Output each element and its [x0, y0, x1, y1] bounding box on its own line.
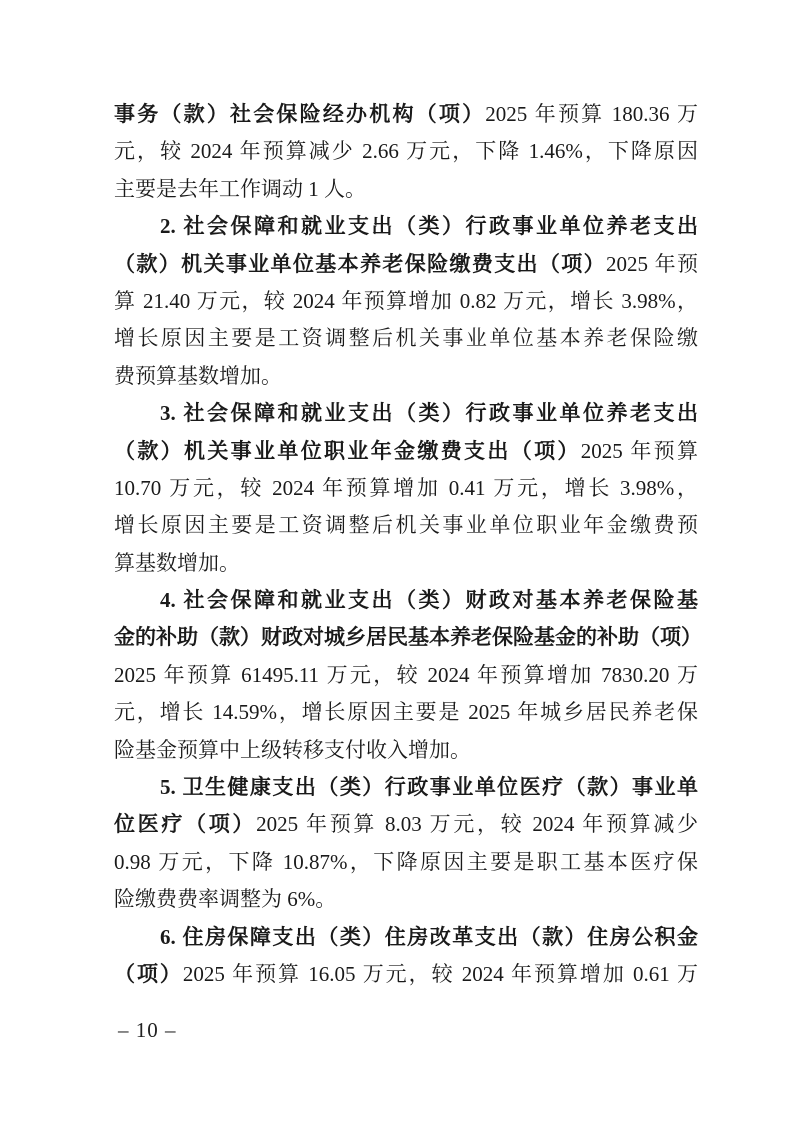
heading-segment: 6. 住房保障支出（类）住房改革支出（款）住房公积金 [160, 925, 698, 949]
text-line: （项）2025 年预算 16.05 万元，较 2024 年预算增加 0.61 万 [114, 956, 698, 993]
body-segment: 2025 年预 [606, 252, 698, 276]
body-segment: 2025 年预算 61495.11 万元，较 2024 年预算增加 7830.2… [114, 663, 698, 687]
body-segment: 算基数增加。 [114, 551, 240, 575]
heading-segment: （款）机关事业单位基本养老保险缴费支出（项） [114, 252, 606, 276]
text-line: 2. 社会保障和就业支出（类）行政事业单位养老支出 [114, 208, 698, 245]
body-segment: 10.70 万元，较 2024 年预算增加 0.41 万元，增长 3.98%， [114, 476, 698, 500]
text-line: 事务（款）社会保险经办机构（项）2025 年预算 180.36 万 [114, 96, 698, 133]
body-segment: 费预算基数增加。 [114, 364, 282, 388]
text-line: 0.98 万元，下降 10.87%，下降原因主要是职工基本医疗保 [114, 844, 698, 881]
body-segment: 2025 年预算 180.36 万 [485, 102, 698, 126]
body-segment: 主要是去年工作调动 1 人。 [114, 177, 366, 201]
heading-segment: 4. 社会保障和就业支出（类）财政对基本养老保险基 [160, 588, 698, 612]
text-line: 6. 住房保障支出（类）住房改革支出（款）住房公积金 [114, 919, 698, 956]
heading-segment: 3. 社会保障和就业支出（类）行政事业单位养老支出 [160, 401, 698, 425]
paragraph-1-continuation: 事务（款）社会保险经办机构（项）2025 年预算 180.36 万元，较 202… [114, 96, 698, 208]
text-line: 险基金预算中上级转移支付收入增加。 [114, 732, 698, 769]
text-line: 增长原因主要是工资调整后机关事业单位基本养老保险缴 [114, 320, 698, 357]
body-segment: 算 21.40 万元，较 2024 年预算增加 0.82 万元，增长 3.98%… [114, 289, 698, 313]
text-line: 5. 卫生健康支出（类）行政事业单位医疗（款）事业单 [114, 769, 698, 806]
heading-segment: 金的补助（款）财政对城乡居民基本养老保险基金的补助（项） [114, 625, 698, 649]
body-segment: 2025 年预算 8.03 万元，较 2024 年预算减少 [256, 812, 698, 836]
body-segment: 增长原因主要是工资调整后机关事业单位基本养老保险缴 [114, 326, 698, 350]
text-line: 3. 社会保障和就业支出（类）行政事业单位养老支出 [114, 395, 698, 432]
body-segment: 元，增长 14.59%，增长原因主要是 2025 年城乡居民养老保 [114, 700, 698, 724]
text-line: 主要是去年工作调动 1 人。 [114, 171, 698, 208]
text-line: 算 21.40 万元，较 2024 年预算增加 0.82 万元，增长 3.98%… [114, 283, 698, 320]
text-line: （款）机关事业单位职业年金缴费支出（项）2025 年预算 [114, 433, 698, 470]
body-segment: 元，较 2024 年预算减少 2.66 万元，下降 1.46%，下降原因 [114, 139, 698, 163]
text-line: 险缴费费率调整为 6%。 [114, 881, 698, 918]
body-segment: 增长原因主要是工资调整后机关事业单位职业年金缴费预 [114, 513, 698, 537]
text-line: 增长原因主要是工资调整后机关事业单位职业年金缴费预 [114, 507, 698, 544]
text-line: 10.70 万元，较 2024 年预算增加 0.41 万元，增长 3.98%， [114, 470, 698, 507]
heading-segment: 5. 卫生健康支出（类）行政事业单位医疗（款）事业单 [160, 775, 698, 799]
body-segment: 2025 年预算 [581, 439, 698, 463]
page-number: – 10 – [118, 1018, 177, 1042]
document-page: { "colors": { "background": "#ffffff", "… [0, 0, 794, 1122]
text-line: 算基数增加。 [114, 545, 698, 582]
heading-segment: 2. 社会保障和就业支出（类）行政事业单位养老支出 [160, 214, 698, 238]
body-segment: 险缴费费率调整为 6%。 [114, 887, 336, 911]
text-line: 位医疗（项）2025 年预算 8.03 万元，较 2024 年预算减少 [114, 806, 698, 843]
body-segment: 0.98 万元，下降 10.87%，下降原因主要是职工基本医疗保 [114, 850, 698, 874]
text-line: 2025 年预算 61495.11 万元，较 2024 年预算增加 7830.2… [114, 657, 698, 694]
text-line: （款）机关事业单位基本养老保险缴费支出（项）2025 年预 [114, 246, 698, 283]
page-background: 事务（款）社会保险经办机构（项）2025 年预算 180.36 万元，较 202… [0, 0, 794, 1122]
paragraph-4: 4. 社会保障和就业支出（类）财政对基本养老保险基金的补助（款）财政对城乡居民基… [114, 582, 698, 769]
text-line: 费预算基数增加。 [114, 358, 698, 395]
body-segment: 2025 年预算 16.05 万元，较 2024 年预算增加 0.61 万 [183, 962, 698, 986]
body-segment: 险基金预算中上级转移支付收入增加。 [114, 738, 471, 762]
text-line: 4. 社会保障和就业支出（类）财政对基本养老保险基 [114, 582, 698, 619]
paragraph-2: 2. 社会保障和就业支出（类）行政事业单位养老支出（款）机关事业单位基本养老保险… [114, 208, 698, 395]
paragraph-5: 5. 卫生健康支出（类）行政事业单位医疗（款）事业单位医疗（项）2025 年预算… [114, 769, 698, 919]
text-line: 元，较 2024 年预算减少 2.66 万元，下降 1.46%，下降原因 [114, 133, 698, 170]
text-line: 金的补助（款）财政对城乡居民基本养老保险基金的补助（项） [114, 619, 698, 656]
text-line: 元，增长 14.59%，增长原因主要是 2025 年城乡居民养老保 [114, 694, 698, 731]
heading-segment: 事务（款）社会保险经办机构（项） [114, 102, 485, 126]
heading-segment: （项） [114, 962, 183, 986]
paragraph-6: 6. 住房保障支出（类）住房改革支出（款）住房公积金（项）2025 年预算 16… [114, 919, 698, 994]
heading-segment: 位医疗（项） [114, 812, 256, 836]
paragraph-3: 3. 社会保障和就业支出（类）行政事业单位养老支出（款）机关事业单位职业年金缴费… [114, 395, 698, 582]
heading-segment: （款）机关事业单位职业年金缴费支出（项） [114, 439, 581, 463]
document-body: 事务（款）社会保险经办机构（项）2025 年预算 180.36 万元，较 202… [114, 96, 698, 993]
